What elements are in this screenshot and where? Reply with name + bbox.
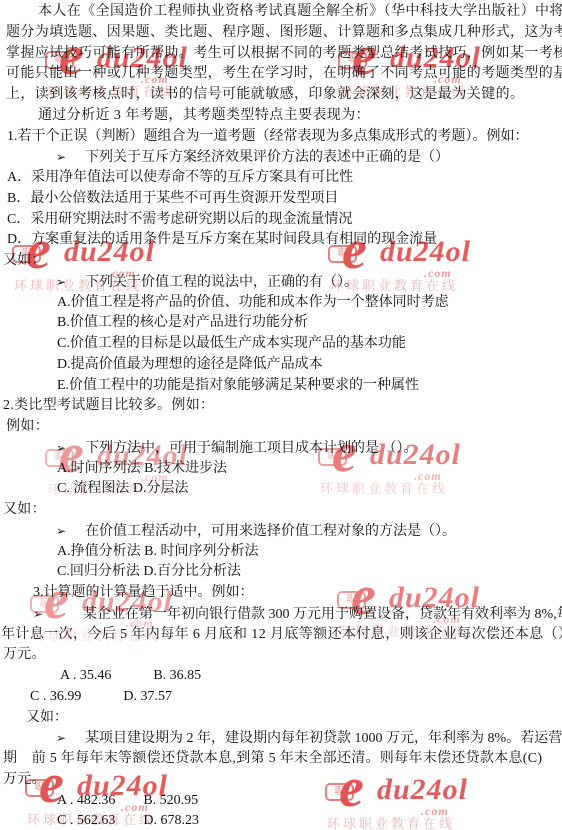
text-line-38: 万元。 [0,770,562,791]
text-line-5: 上，读到该考核点时，读书的信号可能就敏感，印象就会深刻，这是最为关键的。 [0,85,562,106]
text-line-26: ➢在价值工程活动中，可用来选择价值工程对象的方法是（）。 [0,521,562,542]
text-line-3: 掌握应试技巧可能有所帮助。考生可以根据不同的考题类型总结考试技巧，例如某一考核点 [0,44,562,65]
text-line-33: A . 35.46 B. 36.85 [0,666,562,687]
text-line-1: 本人在《全国造价工程师执业资格考试真题全解全析》（华中科技大学出版社）中将考 [0,2,562,23]
text-line-35: 又如： [0,708,562,729]
text-line-17: C.价值工程的目标是以最低生产成本实现产品的基本功能 [0,334,562,355]
text-line-27: A.挣值分析法 B. 时间序列分析法 [0,542,562,563]
question-text: 某企业在第一年初向银行借款 300 万元用于购置设备，贷款年有效利率为 8%,每… [83,607,562,622]
text-line-34: C . 36.99 D. 37.57 [0,687,562,708]
arrow-bullet-icon: ➢ [56,524,66,538]
question-text: 下列方法中，可用于编制施工项目成本计划的是 （）。 [85,441,418,456]
text-line-21: 例如： [0,417,562,438]
question-text: 下列关于价值工程的说法中，正确的有（）。 [85,275,358,290]
text-line-12: D．方案重复法的适用条件是互斥方案在某时间段具有相同的现金流量 [0,230,562,251]
text-line-25: 又如： [0,500,562,521]
text-line-23: A.时间序列法 B.技术进步法 [0,459,562,480]
text-line-40: C . 562.63 D. 678.23 [0,811,562,830]
text-line-31: 年计息一次，今后 5 年内每年 6 月底和 12 月底等额还本付息，则该企业每次… [0,625,562,646]
text-line-30: ➢某企业在第一年初向银行借款 300 万元用于购置设备，贷款年有效利率为 8%,… [0,604,562,625]
arrow-bullet-icon: ➢ [56,441,66,455]
text-line-8: ➢下列关于互斥方案经济效果评价方法的表述中正确的是（） [0,147,562,168]
arrow-bullet-icon: ➢ [33,607,43,621]
text-line-22: ➢下列方法中，可用于编制施工项目成本计划的是 （）。 [0,438,562,459]
text-line-13: 又如： [0,251,562,272]
text-line-11: C．采用研究期法时不需考虑研究期以后的现金流量情况 [0,210,562,231]
text-line-4: 可能只能出一种或几种考题类型，考生在学习时，在明确了不同考点可能的考题类型的基础 [0,64,562,85]
text-line-6: 通过分析近 3 年考题，其考题类型特点主要表现为： [0,106,562,127]
text-line-18: D.提高价值最为理想的途径是降低产品成本 [0,355,562,376]
document-body: 本人在《全国造价工程师执业资格考试真题全解全析》（华中科技大学出版社）中将考题分… [0,2,562,830]
text-line-9: A．采用净年值法可以使寿命不等的互斥方案具有可比性 [0,168,562,189]
text-line-16: B.价值工程的核心是对产品进行功能分析 [0,313,562,334]
text-line-29: 3.计算题的计算量趋于适中。例如： [0,583,562,604]
question-text: 某项目建设期为 2 年，建设期内每年初贷款 1000 万元，年利率为 8%。若运… [85,731,562,746]
text-line-14: ➢下列关于价值工程的说法中，正确的有（）。 [0,272,562,293]
arrow-bullet-icon: ➢ [56,150,66,164]
text-line-15: A.价值工程是将产品的价值、功能和成本作为一个整体同时考虑 [0,293,562,314]
document-page: 职 e du24ol .com 环球职业教育在线 职 e du24ol .com… [0,0,562,830]
question-text: 在价值工程活动中，可用来选择价值工程对象的方法是（）。 [85,524,456,539]
arrow-bullet-icon: ➢ [56,731,66,745]
text-line-19: E.价值工程中的功能是指对象能够满足某种要求的一种属性 [0,376,562,397]
text-line-39: A . 482.36 B. 520.95 [0,791,562,812]
text-line-7: 1.若干个正误（判断）题组合为一道考题（经常表现为多点集成形式的考题）。例如： [0,127,562,148]
text-line-32: 万元。 [0,645,562,666]
text-line-24: C. 流程图法 D.分层法 [0,479,562,500]
text-line-28: C.回归分析法 D.百分比分析法 [0,562,562,583]
arrow-bullet-icon: ➢ [56,275,66,289]
text-line-2: 题分为填选题、因果题、类比题、程序题、图形题、计算题和多点集成几种形式，这为考生 [0,23,562,44]
text-line-10: B．最小公倍数法适用于某些不可再生资源开发型项目 [0,189,562,210]
text-line-36: ➢某项目建设期为 2 年，建设期内每年初贷款 1000 万元，年利率为 8%。若… [0,728,562,749]
question-text: 下列关于互斥方案经济效果评价方法的表述中正确的是（） [85,150,449,165]
text-line-37: 期 前 5 年每年末等额偿还贷款本息,到第 5 年末全部还清。则每年末偿还贷款本… [0,749,562,770]
text-line-20: 2.类比型考试题目比较多。例如： [0,396,562,417]
